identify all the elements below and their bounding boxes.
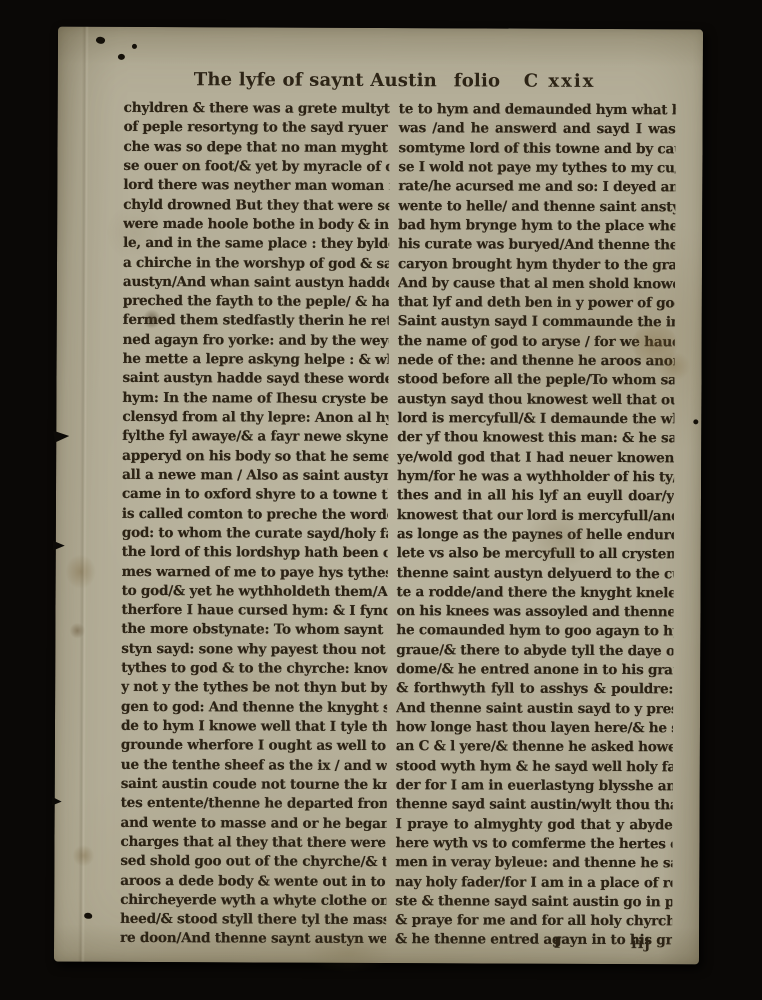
text-line: on his knees was assoyled and thenne — [396, 602, 673, 623]
sewing-hole — [52, 797, 62, 806]
text-line: the lord of this lordshyp hath been ofty… — [122, 543, 388, 563]
signature-number: iij — [631, 934, 651, 952]
text-line: therfore I haue cursed hym: & I fynde hi — [121, 601, 387, 621]
text-line: of peple resortyng to the sayd ryuer whi — [124, 118, 390, 138]
text-line: here wyth vs to comferme the hertes of — [395, 834, 672, 855]
text-line: an C & l yere/& thenne he asked howe it — [396, 737, 673, 758]
text-line: graue/& there to abyde tyll the daye of — [396, 641, 673, 662]
text-line: y not y the tythes be not thyn but bylon — [121, 678, 387, 698]
text-line: stood before all the peple/To whom saint — [397, 370, 674, 391]
text-line: preched the fayth to the peple/ & had co… — [123, 292, 389, 312]
text-line: te a rodde/and there the knyght kneled — [397, 583, 674, 604]
text-line: lete vs also be mercyfull to all crysten… — [397, 544, 674, 565]
text-line: as longe as the paynes of helle endure — [397, 525, 674, 546]
sewing-hole — [53, 431, 69, 443]
text-line: re doon/And thenne saynt austyn wen — [120, 929, 386, 949]
text-column-left: chyldren & there was a grete multytudeof… — [120, 99, 390, 950]
text-line: he mette a lepre askyng helpe : & whan — [123, 350, 389, 370]
text-line: grounde wherfore I ought as well to ha — [121, 736, 387, 756]
text-line: knowest that our lord is mercyfull/and — [397, 506, 674, 527]
stain — [72, 845, 94, 867]
text-line: austyn sayd thou knowest well that our — [397, 390, 674, 411]
text-line: charges that al they that there were acu… — [120, 833, 386, 853]
folio-label: folio — [454, 70, 501, 91]
text-line: saint austyn hadde sayd these wordes to — [122, 369, 388, 389]
text-line: aroos a dede body & wente out in to the — [120, 871, 386, 891]
text-line: clensyd from al thy lepre: Anon al hys — [122, 408, 388, 428]
text-line: men in veray byleue: and thenne he said — [395, 853, 672, 874]
text-line: mes warned of me to paye hys tythes — [122, 562, 388, 582]
text-line: se I wold not paye my tythes to my cu/ — [398, 158, 675, 179]
text-line: all a newe man / Also as saint austyn — [122, 466, 388, 486]
text-line: how longe hast thou layen here/& he said — [396, 718, 673, 739]
text-line: and wente to masse and or he began/he — [121, 813, 387, 833]
page-header: The lyfe of saynt Austin folio C xxix — [58, 69, 703, 72]
text-line: & forthwyth fyll to asshys & pouldre: — [396, 679, 673, 700]
text-line: nede of the: and thenne he aroos anon & — [398, 351, 675, 372]
speck — [95, 35, 106, 45]
text-line: apperyd on his body so that he semed — [122, 447, 388, 467]
text-line: che was so depe that no man myght pas — [123, 138, 389, 158]
text-line: nay holy fader/for I am in a place of re — [395, 873, 672, 894]
text-line: de to hym I knowe well that I tyle the — [121, 717, 387, 737]
text-line: der yf thou knowest this man: & he sayd — [397, 428, 674, 449]
text-line: fermed them stedfastly therin he retour/ — [123, 311, 389, 331]
stain — [66, 555, 96, 589]
text-line: is called comton to preche the worde of — [122, 504, 388, 524]
text-line: der for I am in euerlastyng blysshe and — [396, 776, 673, 797]
text-line: thenne saint austyn delyuerd to the cura… — [397, 564, 674, 585]
text-line: And by cause that al men shold knowe — [398, 274, 675, 295]
text-line: caryon brought hym thyder to the graue — [398, 255, 675, 276]
speck — [118, 54, 125, 60]
text-line: lord there was neyther man woman ne — [123, 176, 389, 196]
text-line: sed shold goo out of the chyrche/& thenn… — [120, 852, 386, 872]
text-line: lord is mercyfull/& I demaunde the whe/ — [397, 409, 674, 430]
text-line: hym: In the name of Ihesu cryste be thou — [122, 389, 388, 409]
text-line: fylthe fyl awaye/& a fayr newe skyne — [122, 427, 388, 447]
text-line: came in to oxford shyre to a towne that — [122, 485, 388, 505]
text-line: that lyf and deth ben in y power of god — [398, 293, 675, 314]
text-line: tes entente/thenne he departed from hym — [121, 794, 387, 814]
text-line: thes and in all his lyf an euyll doar/y — [397, 486, 674, 507]
text-line: se ouer on foot/& yet by myracle of oure — [123, 157, 389, 177]
speck — [84, 913, 92, 919]
text-line: stood wyth hym & he sayd well holy fa/ — [396, 757, 673, 778]
text-line: tythes to god & to the chyrche: knowest — [121, 659, 387, 679]
text-line: ned agayn fro yorke: and by the weye — [123, 331, 389, 351]
text-line: heed/& stood styll there tyl the masse w… — [120, 910, 386, 930]
text-line: somtyme lord of this towne and by cau — [398, 139, 675, 160]
folio-number: C xxix — [524, 71, 596, 92]
text-line: austyn/And whan saint austyn hadde — [123, 273, 389, 293]
text-line: was /and he answerd and sayd I was — [399, 119, 676, 140]
text-line: ye/wold god that I had neuer knowen — [397, 448, 674, 469]
text-line: bad hym brynge hym to the place where — [398, 216, 675, 237]
text-line: thenne sayd saint austin/wylt thou that — [396, 795, 673, 816]
speck — [132, 44, 137, 49]
signature-mark: ſ — [554, 934, 561, 952]
text-line: te to hym and demaunded hym what he — [399, 100, 676, 121]
text-line: a chirche in the worshyp of god & saynt — [123, 253, 389, 273]
sewing-hole — [53, 541, 65, 551]
text-line: chyld drowned But they that were seek — [123, 195, 389, 215]
text-line: I praye to almyghty god that y abyde — [396, 815, 673, 836]
text-line: were made hoole bothe in body & in sow/ — [123, 215, 389, 235]
text-line: hym/for he was a wythholder of his ty/ — [397, 467, 674, 488]
text-line: rate/he acursed me and so: I deyed and — [398, 177, 675, 198]
text-line: wente to helle/ and thenne saint anstyn — [398, 197, 675, 218]
text-line: styn sayd: sone why payest thou not thy — [121, 640, 387, 660]
stain — [69, 623, 85, 639]
text-line: Saint austyn sayd I commaunde the in — [398, 313, 675, 334]
text-line: dome/& he entred anone in to his graue — [396, 660, 673, 681]
text-line: the more obstynate: To whom saynt an/ — [121, 620, 387, 640]
text-line: And thenne saint austin sayd to y prest — [396, 699, 673, 720]
manuscript-page: The lyfe of saynt Austin folio C xxix ch… — [54, 27, 703, 965]
text-line: his curate was buryed/And thenne the — [398, 235, 675, 256]
scan-background: The lyfe of saynt Austin folio C xxix ch… — [0, 0, 762, 1000]
text-line: & praye for me and for all holy chyrche — [395, 911, 672, 932]
text-line: saint austin coude not tourne the knigh/ — [121, 775, 387, 795]
speck — [693, 419, 698, 424]
text-line: the name of god to aryse / for we haue — [398, 332, 675, 353]
text-column-right: te to hym and demaunded hym what hewas /… — [395, 100, 676, 951]
text-line: chircheyerde wyth a whyte clothe on his — [120, 891, 386, 911]
text-line: ue the tenthe sheef as the ix / and whan — [121, 756, 387, 776]
text-line: he comaunded hym to goo agayn to hys — [396, 622, 673, 643]
text-line: gen to god: And thenne the knyght sai — [121, 698, 387, 718]
running-title: The lyfe of saynt Austin — [194, 69, 437, 91]
text-line: ste & thenne sayd saint austin go in pee… — [395, 892, 672, 913]
text-line: god: to whom the curate sayd/holy fader — [122, 524, 388, 544]
text-line: to god/& yet he wythholdeth them/And — [122, 582, 388, 602]
text-block: chyldren & there was a grete multytudeof… — [120, 99, 676, 951]
text-line: chyldren & there was a grete multytude — [124, 99, 390, 119]
text-line: le, and in the same place : they byldeth — [123, 234, 389, 254]
